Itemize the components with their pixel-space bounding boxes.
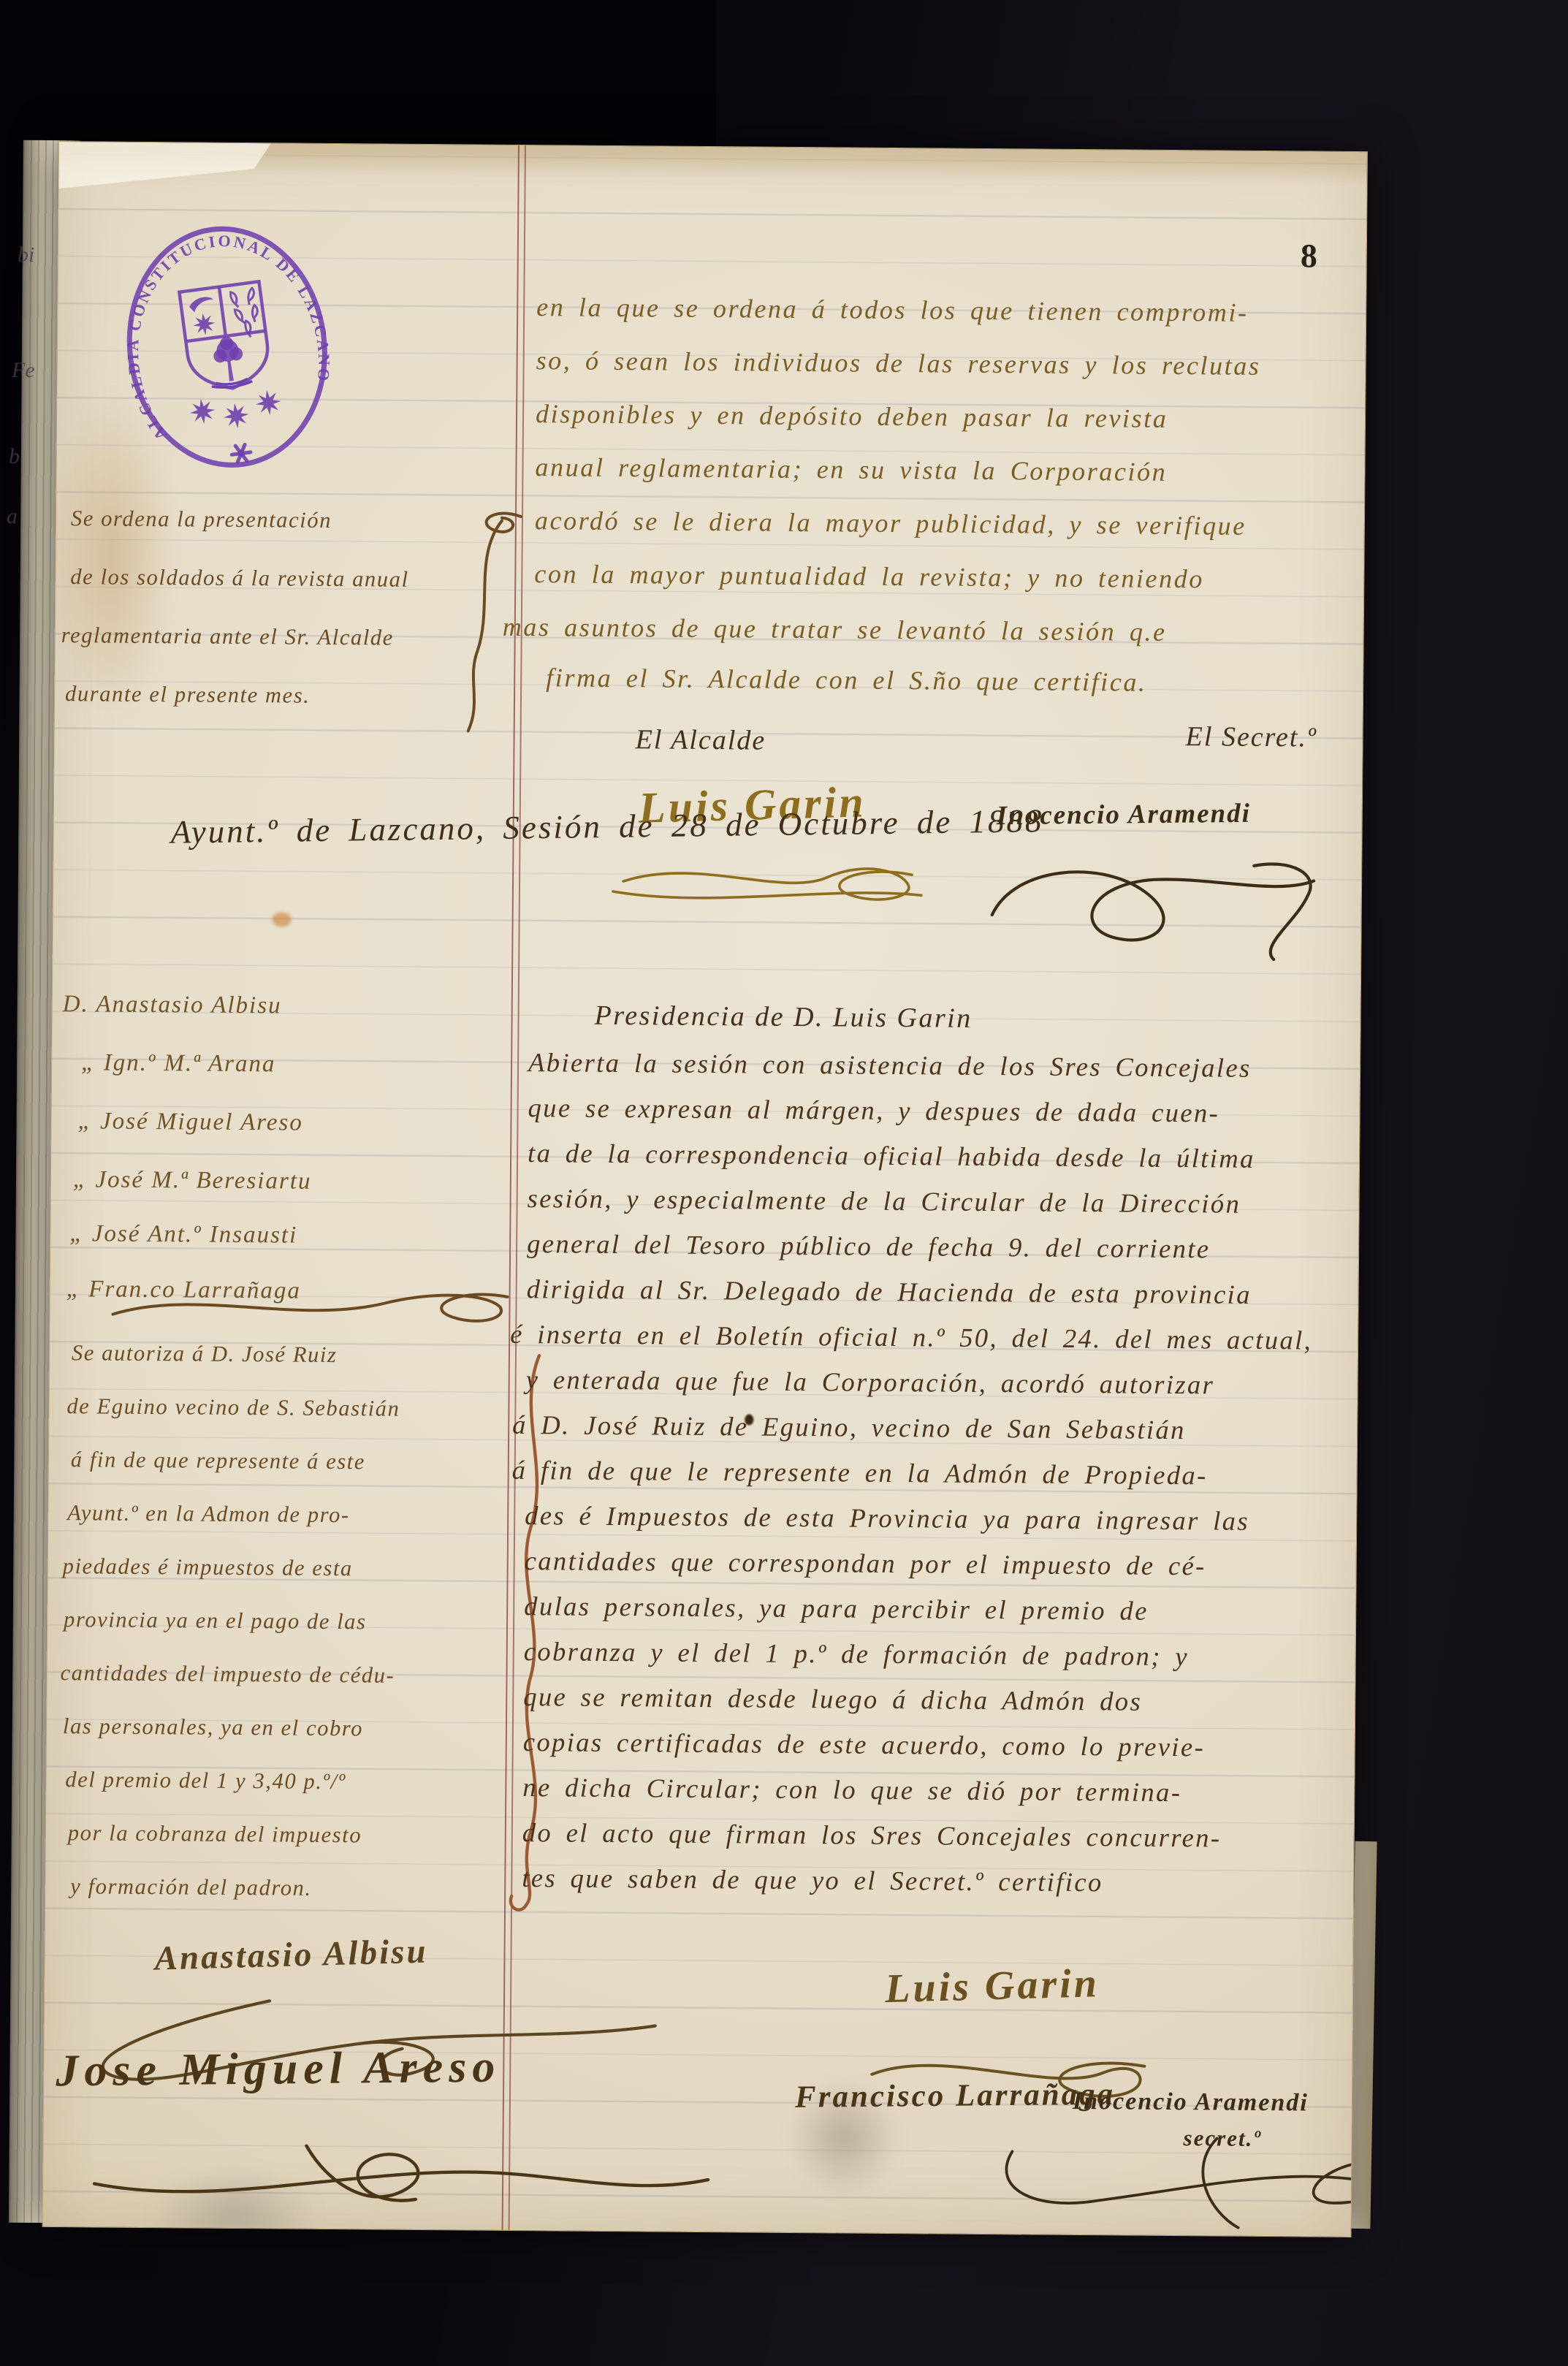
manuscript-line: ta de la correspondencia oficial habida … — [528, 1137, 1255, 1174]
manuscript-line: tes que saben de que yo el Secret.º cert… — [522, 1862, 1103, 1898]
signature-jose-miguel-areso: Jose Miguel Areso — [56, 2042, 501, 2098]
edge-text-fragment: b — [9, 444, 20, 469]
garin-rubric-flourish — [609, 846, 931, 910]
secretario-label: El Secret.º — [1185, 720, 1317, 753]
attendees-closing-flourish — [107, 1274, 524, 1339]
paper-stain — [273, 912, 292, 927]
manuscript-line: so, ó sean los individuos de las reserva… — [536, 345, 1260, 381]
manuscript-line: que se remitan desde luego á dicha Admón… — [523, 1681, 1142, 1717]
attendee-name: „ José Miguel Areso — [77, 1108, 303, 1136]
margin-note-line: cantidades del impuesto de cédu- — [60, 1660, 395, 1689]
manuscript-line: que se expresan al márgen, y despues de … — [528, 1092, 1219, 1128]
manuscript-line: sesión, y especialmente de la Circular d… — [527, 1182, 1241, 1220]
folio-number: 8 — [1301, 236, 1317, 275]
margin-note-line: las personales, ya en el cobro — [63, 1713, 363, 1741]
manuscript-line: dulas personales, ya para percibir el pr… — [524, 1590, 1149, 1627]
attendee-name: „ Ign.º M.ª Arana — [81, 1049, 276, 1078]
asterisk-icon — [231, 444, 252, 463]
manuscript-line: mas asuntos de que tratar se levantó la … — [503, 612, 1167, 647]
crescent-icon — [189, 296, 215, 313]
edge-text-fragment: bi — [18, 243, 34, 267]
star-icon — [191, 312, 216, 337]
manuscript-line: anual reglamentaria; en su vista la Corp… — [535, 452, 1167, 487]
manuscript-line: á D. José Ruiz de Eguino, vecino de San … — [512, 1409, 1186, 1445]
manuscript-line: disponibles y en depósito deben pasar la… — [536, 398, 1168, 434]
aramendi-rubric-flourish — [970, 851, 1343, 963]
margin-note-line: del premio del 1 y 3,40 p.º/º — [65, 1767, 346, 1795]
signature-francisco-larranaga: Francisco Larrañaga — [795, 2077, 1116, 2115]
margin-note-line: piedades é impuestos de esta — [63, 1553, 353, 1581]
margin-note-line: Se autoriza á D. José Ruiz — [72, 1340, 338, 1368]
manuscript-line: acordó se le diera la mayor publicidad, … — [535, 505, 1247, 541]
manuscript-line: con la mayor puntualidad la revista; y n… — [534, 558, 1204, 594]
manuscript-line: copias certificadas de este acuerdo, com… — [523, 1726, 1206, 1762]
manuscript-line: ne dicha Circular; con lo que se dió por… — [522, 1771, 1181, 1808]
attendee-name: „ José M.ª Beresiartu — [73, 1166, 312, 1195]
margin-note-line: reglamentaria ante el Sr. Alcalde — [61, 623, 394, 651]
manuscript-line: dirigida al Sr. Delegado de Hacienda de … — [527, 1273, 1252, 1310]
edge-text-fragment: a — [7, 504, 18, 529]
edge-text-fragment: Fe — [12, 358, 35, 383]
municipal-stamp: ALCALDIA CONSTITUCIONAL DE LAZCANO — [101, 200, 353, 494]
stars-row-icons — [189, 389, 284, 435]
signature-luis-garin: Luis Garin — [884, 1960, 1100, 2012]
manuscript-line: do el acto que firman los Sres Concejale… — [522, 1817, 1222, 1854]
margin-note-line: de los soldados á la revista anual — [70, 564, 409, 593]
attendee-name: D. Anastasio Albisu — [63, 991, 282, 1019]
margin-note-line: por la cobranza del impuesto — [68, 1820, 362, 1848]
margin-note-line: Se ordena la presentación — [71, 506, 332, 533]
margin-note-line: durante el presente mes. — [65, 681, 311, 709]
manuscript-line: y enterada que fue la Corporación, acord… — [526, 1363, 1215, 1400]
manuscript-line: en la que se ordena á todos los que tien… — [536, 292, 1249, 328]
attendee-name: „ José Ant.º Insausti — [69, 1220, 297, 1249]
manuscript-line: á fin de que le represente en la Admón d… — [512, 1454, 1208, 1491]
aramendi-bottom-flourish — [968, 2122, 1368, 2235]
signature-anastasio-albisu: Anastasio Albisu — [154, 1932, 428, 1979]
manuscript-line: firma el Sr. Alcalde con el S.ño que cer… — [546, 662, 1147, 697]
areso-rubric-flourish — [65, 2119, 738, 2219]
margin-note-line: y formación del padron. — [70, 1874, 312, 1901]
alcalde-label: El Alcalde — [635, 723, 766, 756]
coat-of-arms — [179, 281, 272, 393]
tree-icon — [205, 334, 253, 389]
manuscript-line: general del Tesoro público de fecha 9. d… — [527, 1228, 1211, 1264]
manuscript-line: Abierta la sesión con asistencia de los … — [528, 1046, 1252, 1084]
manuscript-page: 8 ALCALDIA CONSTITUCIONAL DE LAZCANO — [42, 141, 1368, 2237]
margin-note-line: provincia ya en el pago de las — [64, 1607, 367, 1635]
presidency-heading: Presidencia de D. Luis Garin — [594, 1000, 973, 1035]
manuscript-line: cobranza y el del 1 p.º de formación de … — [524, 1635, 1189, 1672]
margin-note-line: Ayunt.º en la Admon de pro- — [67, 1500, 350, 1528]
signature-inocencio-aramendi: Inocencio Aramendi — [1073, 2088, 1309, 2118]
manuscript-line: des é Impuestos de esta Provincia ya par… — [525, 1499, 1249, 1537]
margin-note-line: á fin de que represente á este — [71, 1447, 365, 1475]
manuscript-line: é inserta en el Boletín oficial n.º 50, … — [510, 1318, 1312, 1356]
manuscript-line: cantidades que correspondan por el impue… — [525, 1545, 1206, 1581]
margin-note-line: de Eguino vecino de S. Sebastián — [66, 1393, 400, 1422]
